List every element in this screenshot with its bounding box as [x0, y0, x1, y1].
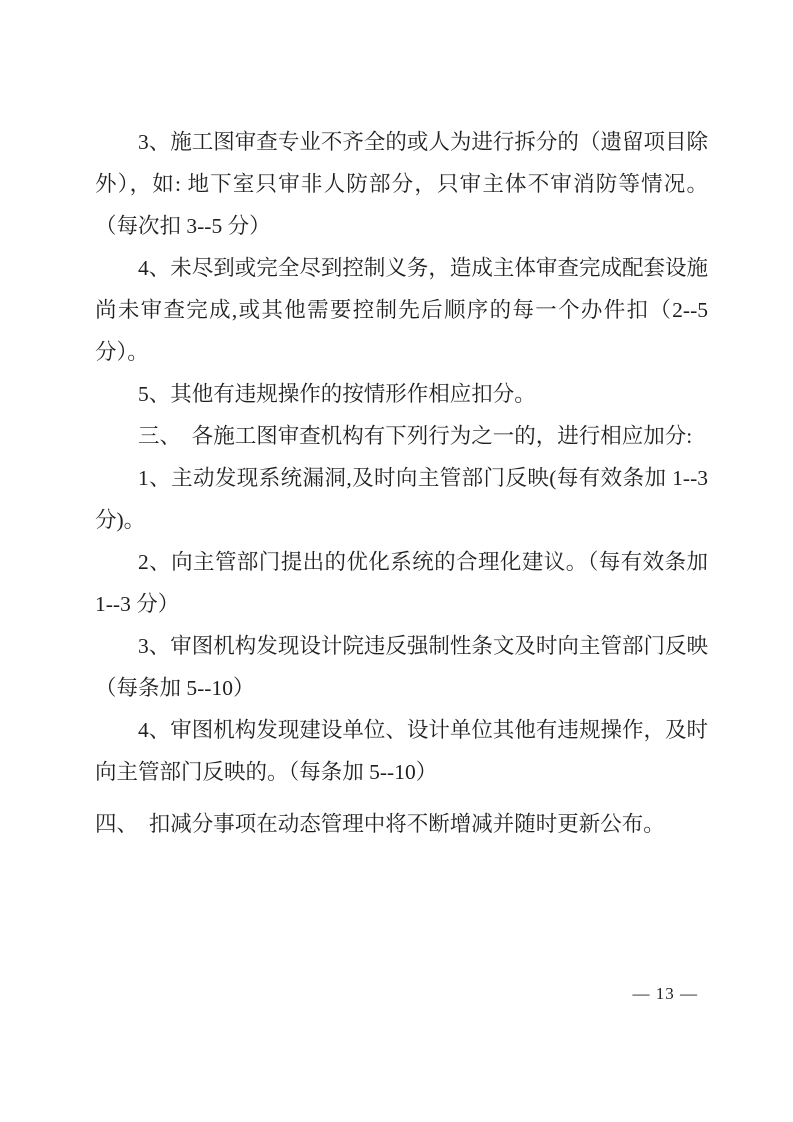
paragraph-deduction-item-4: 4、未尽到或完全尽到控制义务，造成主体审查完成配套设施尚未审查完成,或其他需要控… — [95, 247, 708, 373]
paragraph-section-three-heading: 三、 各施工图审查机构有下列行为之一的，进行相应加分: — [95, 415, 708, 457]
document-page: 3、施工图审查专业不齐全的或人为进行拆分的（遗留项目除外），如: 地下室只审非人… — [0, 0, 793, 1122]
paragraph-deduction-item-5: 5、其他有违规操作的按情形作相应扣分。 — [95, 373, 708, 415]
paragraph-section-four: 四、 扣减分事项在动态管理中将不断增减并随时更新公布。 — [95, 803, 708, 845]
paragraph-bonus-item-1: 1、主动发现系统漏洞,及时向主管部门反映(每有效条加 1--3 分)。 — [95, 457, 708, 541]
paragraph-bonus-item-4: 4、审图机构发现建设单位、设计单位其他有违规操作，及时向主管部门反映的。（每条加… — [95, 709, 708, 793]
document-body: 3、施工图审查专业不齐全的或人为进行拆分的（遗留项目除外），如: 地下室只审非人… — [95, 121, 708, 845]
page-number: — 13 — — [633, 984, 699, 1004]
paragraph-bonus-item-2: 2、向主管部门提出的优化系统的合理化建议。（每有效条加 1--3 分） — [95, 541, 708, 625]
paragraph-deduction-item-3: 3、施工图审查专业不齐全的或人为进行拆分的（遗留项目除外），如: 地下室只审非人… — [95, 121, 708, 247]
paragraph-bonus-item-3: 3、审图机构发现设计院违反强制性条文及时向主管部门反映（每条加 5--10） — [95, 625, 708, 709]
